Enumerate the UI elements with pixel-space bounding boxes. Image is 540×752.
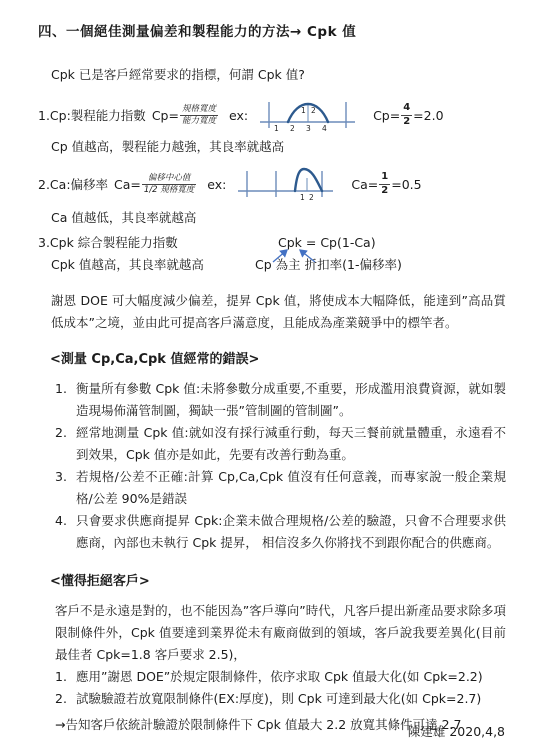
ca-formula-row: 2.Ca:偏移率 Ca= 偏移中心值 1/2 規格寬度 ex: 1 2: [38, 161, 506, 207]
list-item-number: 1.: [55, 666, 76, 688]
ca-axis-label-1: 1: [300, 193, 305, 202]
list-item-number: 2.: [55, 422, 76, 466]
author-signature: 陳建雄 2020,4,8: [408, 722, 505, 742]
list-item: 1. 應用”謝恩 DOE”於規定限制條件，依序求取 Cpk 值最大化(如 Cpk…: [38, 666, 506, 688]
doe-paragraph: 謝恩 DOE 可大幅度減少偏差，提昇 Cpk 值，將使成本大幅降低，能達到”高品…: [38, 290, 506, 334]
cp-result-lhs: Cp=: [373, 108, 400, 123]
cp-curve-label-1: 1: [301, 106, 306, 115]
ca-fraction: 偏移中心值 1/2 規格寬度: [142, 173, 196, 195]
list-item-number: 4.: [55, 510, 76, 554]
cp-fraction-denominator: 能力寬度: [180, 116, 218, 127]
cp-label: 1.Cp:製程能力指數: [38, 106, 146, 124]
list-item-number: 2.: [55, 688, 76, 710]
ca-fraction-numerator: 偏移中心值: [142, 173, 196, 185]
ca-label: 2.Ca:偏移率: [38, 175, 108, 193]
list-item: 2. 試驗驗證若放寬限制條件(EX:厚度)，則 Cpk 可達到最大化(如 Cpk…: [38, 688, 506, 710]
ca-result-denominator: 2: [379, 185, 390, 198]
intro-text: Cpk 已是客戶經常要求的指標，何謂 Cpk 值?: [38, 64, 506, 86]
list-item: 4. 只會要求供應商提昇 Cpk:企業未做合理規格/公差的驗證，只會不合理要求供…: [38, 510, 506, 554]
list-item-number: 3.: [55, 466, 76, 510]
cp-formula-row: 1.Cp:製程能力指數 Cp= 規格寬度 能力寬度 ex: 1 2 1 2 3: [38, 94, 506, 136]
ca-formula: Ca= 偏移中心值 1/2 規格寬度: [114, 173, 197, 195]
cp-formula: Cp= 規格寬度 能力寬度: [152, 104, 219, 126]
ca-example-label: ex:: [207, 177, 226, 192]
document-page: 四、一個絕佳測量偏差和製程能力的方法→ Cpk 值 Cpk 已是客戶經常要求的指…: [0, 0, 540, 752]
errors-list: 1. 衡量所有參數 Cpk 值:未將參數分成重要,不重要，形成濫用浪費資源，就如…: [38, 378, 506, 554]
cp-result-rhs: =2.0: [413, 108, 443, 123]
ca-axis-label-2: 2: [309, 193, 314, 202]
errors-section-heading: <測量 Cp,Ca,Cpk 值經常的錯誤>: [38, 348, 506, 372]
ca-result: Ca= 1 2 =0.5: [351, 171, 421, 197]
cp-axis-label-3: 3: [306, 124, 311, 133]
cp-result-numerator: 4: [401, 102, 412, 116]
cp-result-fraction: 4 2: [401, 102, 412, 128]
page-title: 四、一個絕佳測量偏差和製程能力的方法→ Cpk 值: [38, 20, 506, 40]
cp-example-label: ex:: [229, 108, 248, 123]
reject-paragraph: 客戶不是永遠是對的，也不能因為”客戶導向”時代，凡客戶提出新產品要求除多項限制條…: [38, 600, 506, 666]
ca-note: Ca 值越低，其良率就越高: [38, 207, 506, 229]
annotation-arrows-icon: [253, 247, 363, 264]
cp-fraction: 規格寬度 能力寬度: [180, 104, 218, 126]
reject-section-heading: <懂得拒絕客戶>: [38, 570, 506, 594]
cp-result-denominator: 2: [401, 116, 412, 129]
ca-distribution-diagram: 1 2: [238, 165, 333, 203]
cp-axis-label-1: 1: [274, 124, 279, 133]
cpk-note-left: Cpk 值越高，其良率就越高: [51, 257, 204, 272]
ca-result-rhs: =0.5: [391, 177, 421, 192]
list-item-text: 只會要求供應商提昇 Cpk:企業未做合理規格/公差的驗證，只會不合理要求供應商，…: [76, 510, 506, 554]
cpk-label: 3.Cpk 綜合製程能力指數: [38, 235, 178, 250]
ca-result-fraction: 1 2: [379, 171, 390, 197]
cp-axis-label-2: 2: [290, 124, 295, 133]
list-item-text: 試驗驗證若放寬限制條件(EX:厚度)，則 Cpk 可達到最大化(如 Cpk=2.…: [76, 688, 506, 710]
list-item-text: 經常地測量 Cpk 值:就如沒有採行減重行動，每天三餐前就量體重，永遠看不到效果…: [76, 422, 506, 466]
list-item: 3. 若規格/公差不正確:計算 Cp,Ca,Cpk 值沒有任何意義，而專家說一般…: [38, 466, 506, 510]
list-item-text: 若規格/公差不正確:計算 Cp,Ca,Cpk 值沒有任何意義，而專家說一般企業規…: [76, 466, 506, 510]
ca-result-lhs: Ca=: [351, 177, 378, 192]
list-item: 1. 衡量所有參數 Cpk 值:未將參數分成重要,不重要，形成濫用浪費資源，就如…: [38, 378, 506, 422]
document-content: 四、一個絕佳測量偏差和製程能力的方法→ Cpk 值 Cpk 已是客戶經常要求的指…: [0, 0, 540, 736]
cp-formula-lhs: Cp=: [152, 108, 179, 123]
ca-result-numerator: 1: [379, 171, 390, 185]
list-item: 2. 經常地測量 Cpk 值:就如沒有採行減重行動，每天三餐前就量體重，永遠看不…: [38, 422, 506, 466]
cp-curve-label-2: 2: [311, 106, 316, 115]
cp-fraction-numerator: 規格寬度: [180, 104, 218, 116]
list-item-text: 衡量所有參數 Cpk 值:未將參數分成重要,不重要，形成濫用浪費資源，就如製造現…: [76, 378, 506, 422]
ca-formula-lhs: Ca=: [114, 177, 141, 192]
cp-result: Cp= 4 2 =2.0: [373, 102, 443, 128]
cp-axis-label-4: 4: [322, 124, 327, 133]
cp-distribution-diagram: 1 2 1 2 3 4: [260, 96, 355, 134]
ca-fraction-denominator: 1/2 規格寬度: [142, 185, 196, 196]
list-item-text: 應用”謝恩 DOE”於規定限制條件，依序求取 Cpk 值最大化(如 Cpk=2.…: [76, 666, 506, 688]
list-item-number: 1.: [55, 378, 76, 422]
cp-note: Cp 值越高，製程能力越強，其良率就越高: [38, 136, 506, 158]
reject-list: 1. 應用”謝恩 DOE”於規定限制條件，依序求取 Cpk 值最大化(如 Cpk…: [38, 666, 506, 710]
cpk-block: 3.Cpk 綜合製程能力指數 Cpk = Cp(1-Ca) Cpk 值越高，其良…: [38, 232, 506, 276]
